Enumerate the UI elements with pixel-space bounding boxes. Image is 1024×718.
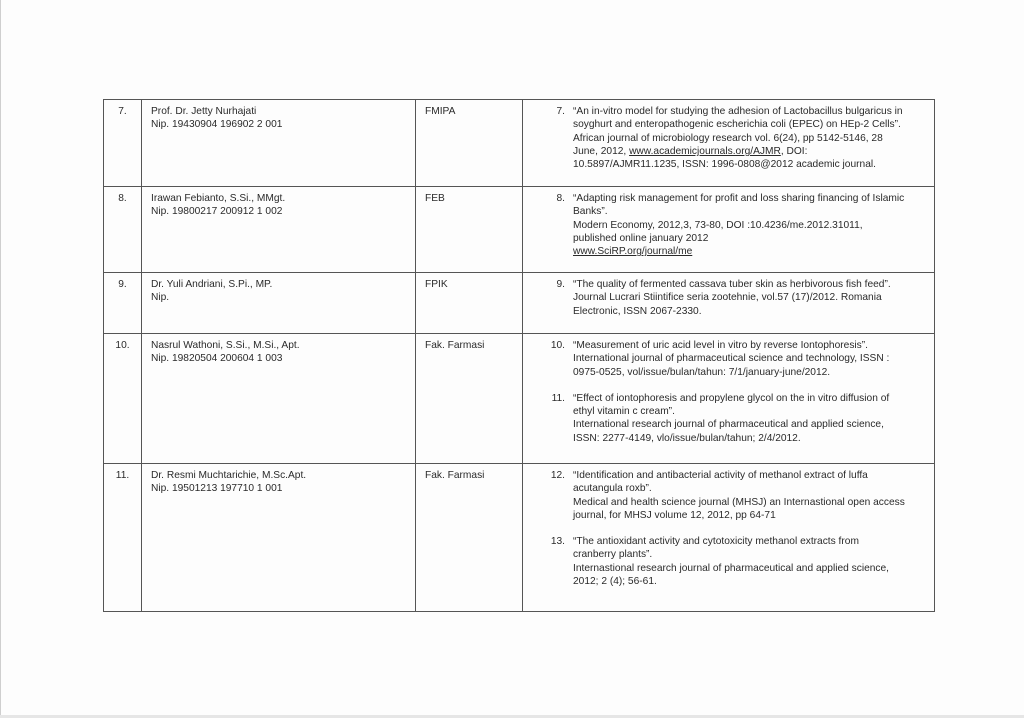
publications-cell: 9. “The quality of fermented cassava tub… xyxy=(523,273,934,333)
publication-source: African journal of microbiology research… xyxy=(573,132,928,145)
publication-number: 13. xyxy=(523,535,573,588)
row-number: 11. xyxy=(104,464,142,611)
publication-issn: ISSN: 2277-4149, vlo/issue/bulan/tahun; … xyxy=(573,432,928,445)
row-number: 8. xyxy=(104,187,142,272)
publication-item: 8. “Adapting risk management for profit … xyxy=(523,192,928,258)
publication-title: “Measurement of uric acid level in vitro… xyxy=(573,339,928,352)
publications-table: 7. Prof. Dr. Jetty Nurhajati Nip. 194309… xyxy=(103,99,935,612)
publication-date: published online january 2012 xyxy=(573,232,928,245)
publication-title: “The antioxidant activity and cytotoxici… xyxy=(573,535,928,548)
publication-number: 11. xyxy=(523,392,573,445)
publication-number: 10. xyxy=(523,339,573,379)
faculty: FPIK xyxy=(416,273,523,333)
publication-title: “The quality of fermented cassava tuber … xyxy=(573,278,928,291)
researcher-cell: Nasrul Wathoni, S.Si., M.Si., Apt. Nip. … xyxy=(142,334,416,463)
publication-title: ethyl vitamin c cream”. xyxy=(573,405,928,418)
publication-item: 10. “Measurement of uric acid level in v… xyxy=(523,339,928,379)
table-row: 10. Nasrul Wathoni, S.Si., M.Si., Apt. N… xyxy=(104,333,934,463)
publication-issn: 0975-0525, vol/issue/bulan/tahun: 7/1/ja… xyxy=(573,366,928,379)
researcher-name: Prof. Dr. Jetty Nurhajati xyxy=(151,105,415,118)
publications-cell: 8. “Adapting risk management for profit … xyxy=(523,187,934,272)
researcher-name: Irawan Febianto, S.Si., MMgt. xyxy=(151,192,415,205)
researcher-nip: Nip. 19501213 197710 1 001 xyxy=(151,482,415,495)
publication-title: cranberry plants”. xyxy=(573,548,928,561)
publication-item: 12. “Identification and antibacterial ac… xyxy=(523,469,928,522)
publication-link[interactable]: www.SciRP.org/journal/me xyxy=(573,245,928,258)
table-row: 7. Prof. Dr. Jetty Nurhajati Nip. 194309… xyxy=(104,100,934,186)
publication-title: acutangula roxb”. xyxy=(573,482,928,495)
publication-source: International journal of pharmaceutical … xyxy=(573,352,928,365)
publications-cell: 12. “Identification and antibacterial ac… xyxy=(523,464,934,611)
row-number: 10. xyxy=(104,334,142,463)
researcher-cell: Irawan Febianto, S.Si., MMgt. Nip. 19800… xyxy=(142,187,416,272)
table-row: 11. Dr. Resmi Muchtarichie, M.Sc.Apt. Ni… xyxy=(104,463,934,611)
researcher-name: Nasrul Wathoni, S.Si., M.Si., Apt. xyxy=(151,339,415,352)
publication-source: Modern Economy, 2012,3, 73-80, DOI :10.4… xyxy=(573,219,928,232)
publication-item: 11. “Effect of iontophoresis and propyle… xyxy=(523,392,928,445)
publication-number: 12. xyxy=(523,469,573,522)
publication-source: June, 2012, www.academicjournals.org/AJM… xyxy=(573,145,928,158)
publications-cell: 10. “Measurement of uric acid level in v… xyxy=(523,334,934,463)
publication-source: Journal Lucrari Stiintifice seria zooteh… xyxy=(573,291,928,304)
researcher-nip: Nip. xyxy=(151,291,415,304)
publication-title: “An in-vitro model for studying the adhe… xyxy=(573,105,928,118)
publication-number: 7. xyxy=(523,105,573,171)
publication-number: 9. xyxy=(523,278,573,318)
publication-title: “Adapting risk management for profit and… xyxy=(573,192,928,205)
publication-source: International research journal of pharma… xyxy=(573,418,928,431)
scan-edge xyxy=(0,0,1,718)
publication-source: journal, for MHSJ volume 12, 2012, pp 64… xyxy=(573,509,928,522)
researcher-nip: Nip. 19800217 200912 1 002 xyxy=(151,205,415,218)
publication-item: 13. “The antioxidant activity and cytoto… xyxy=(523,535,928,588)
faculty: Fak. Farmasi xyxy=(416,334,523,463)
publication-number: 8. xyxy=(523,192,573,258)
publication-title: soyghurt and enteropathogenic escherichi… xyxy=(573,118,928,131)
publication-doi: 10.5897/AJMR11.1235, ISSN: 1996-0808@201… xyxy=(573,158,928,171)
researcher-name: Dr. Resmi Muchtarichie, M.Sc.Apt. xyxy=(151,469,415,482)
publications-cell: 7. “An in-vitro model for studying the a… xyxy=(523,100,934,186)
publication-source: 2012; 2 (4); 56-61. xyxy=(573,575,928,588)
publication-item: 7. “An in-vitro model for studying the a… xyxy=(523,105,928,171)
publication-title: Banks”. xyxy=(573,205,928,218)
researcher-cell: Dr. Resmi Muchtarichie, M.Sc.Apt. Nip. 1… xyxy=(142,464,416,611)
publication-item: 9. “The quality of fermented cassava tub… xyxy=(523,278,928,318)
researcher-name: Dr. Yuli Andriani, S.Pi., MP. xyxy=(151,278,415,291)
scanned-page: 7. Prof. Dr. Jetty Nurhajati Nip. 194309… xyxy=(0,0,1024,718)
row-number: 7. xyxy=(104,100,142,186)
researcher-nip: Nip. 19820504 200604 1 003 xyxy=(151,352,415,365)
publication-doi-label: , DOI: xyxy=(781,146,808,157)
faculty: FEB xyxy=(416,187,523,272)
researcher-cell: Dr. Yuli Andriani, S.Pi., MP. Nip. xyxy=(142,273,416,333)
publication-source: Internastional research journal of pharm… xyxy=(573,562,928,575)
researcher-cell: Prof. Dr. Jetty Nurhajati Nip. 19430904 … xyxy=(142,100,416,186)
faculty: FMIPA xyxy=(416,100,523,186)
table-row: 8. Irawan Febianto, S.Si., MMgt. Nip. 19… xyxy=(104,186,934,272)
publication-source: Medical and health science journal (MHSJ… xyxy=(573,496,928,509)
faculty: Fak. Farmasi xyxy=(416,464,523,611)
publication-link[interactable]: www.academicjournals.org/AJMR xyxy=(629,146,781,157)
publication-title: “Identification and antibacterial activi… xyxy=(573,469,928,482)
publication-title: “Effect of iontophoresis and propylene g… xyxy=(573,392,928,405)
publication-issn: Electronic, ISSN 2067-2330. xyxy=(573,305,928,318)
row-number: 9. xyxy=(104,273,142,333)
table-row: 9. Dr. Yuli Andriani, S.Pi., MP. Nip. FP… xyxy=(104,272,934,333)
researcher-nip: Nip. 19430904 196902 2 001 xyxy=(151,118,415,131)
publication-date: June, 2012, xyxy=(573,146,629,157)
